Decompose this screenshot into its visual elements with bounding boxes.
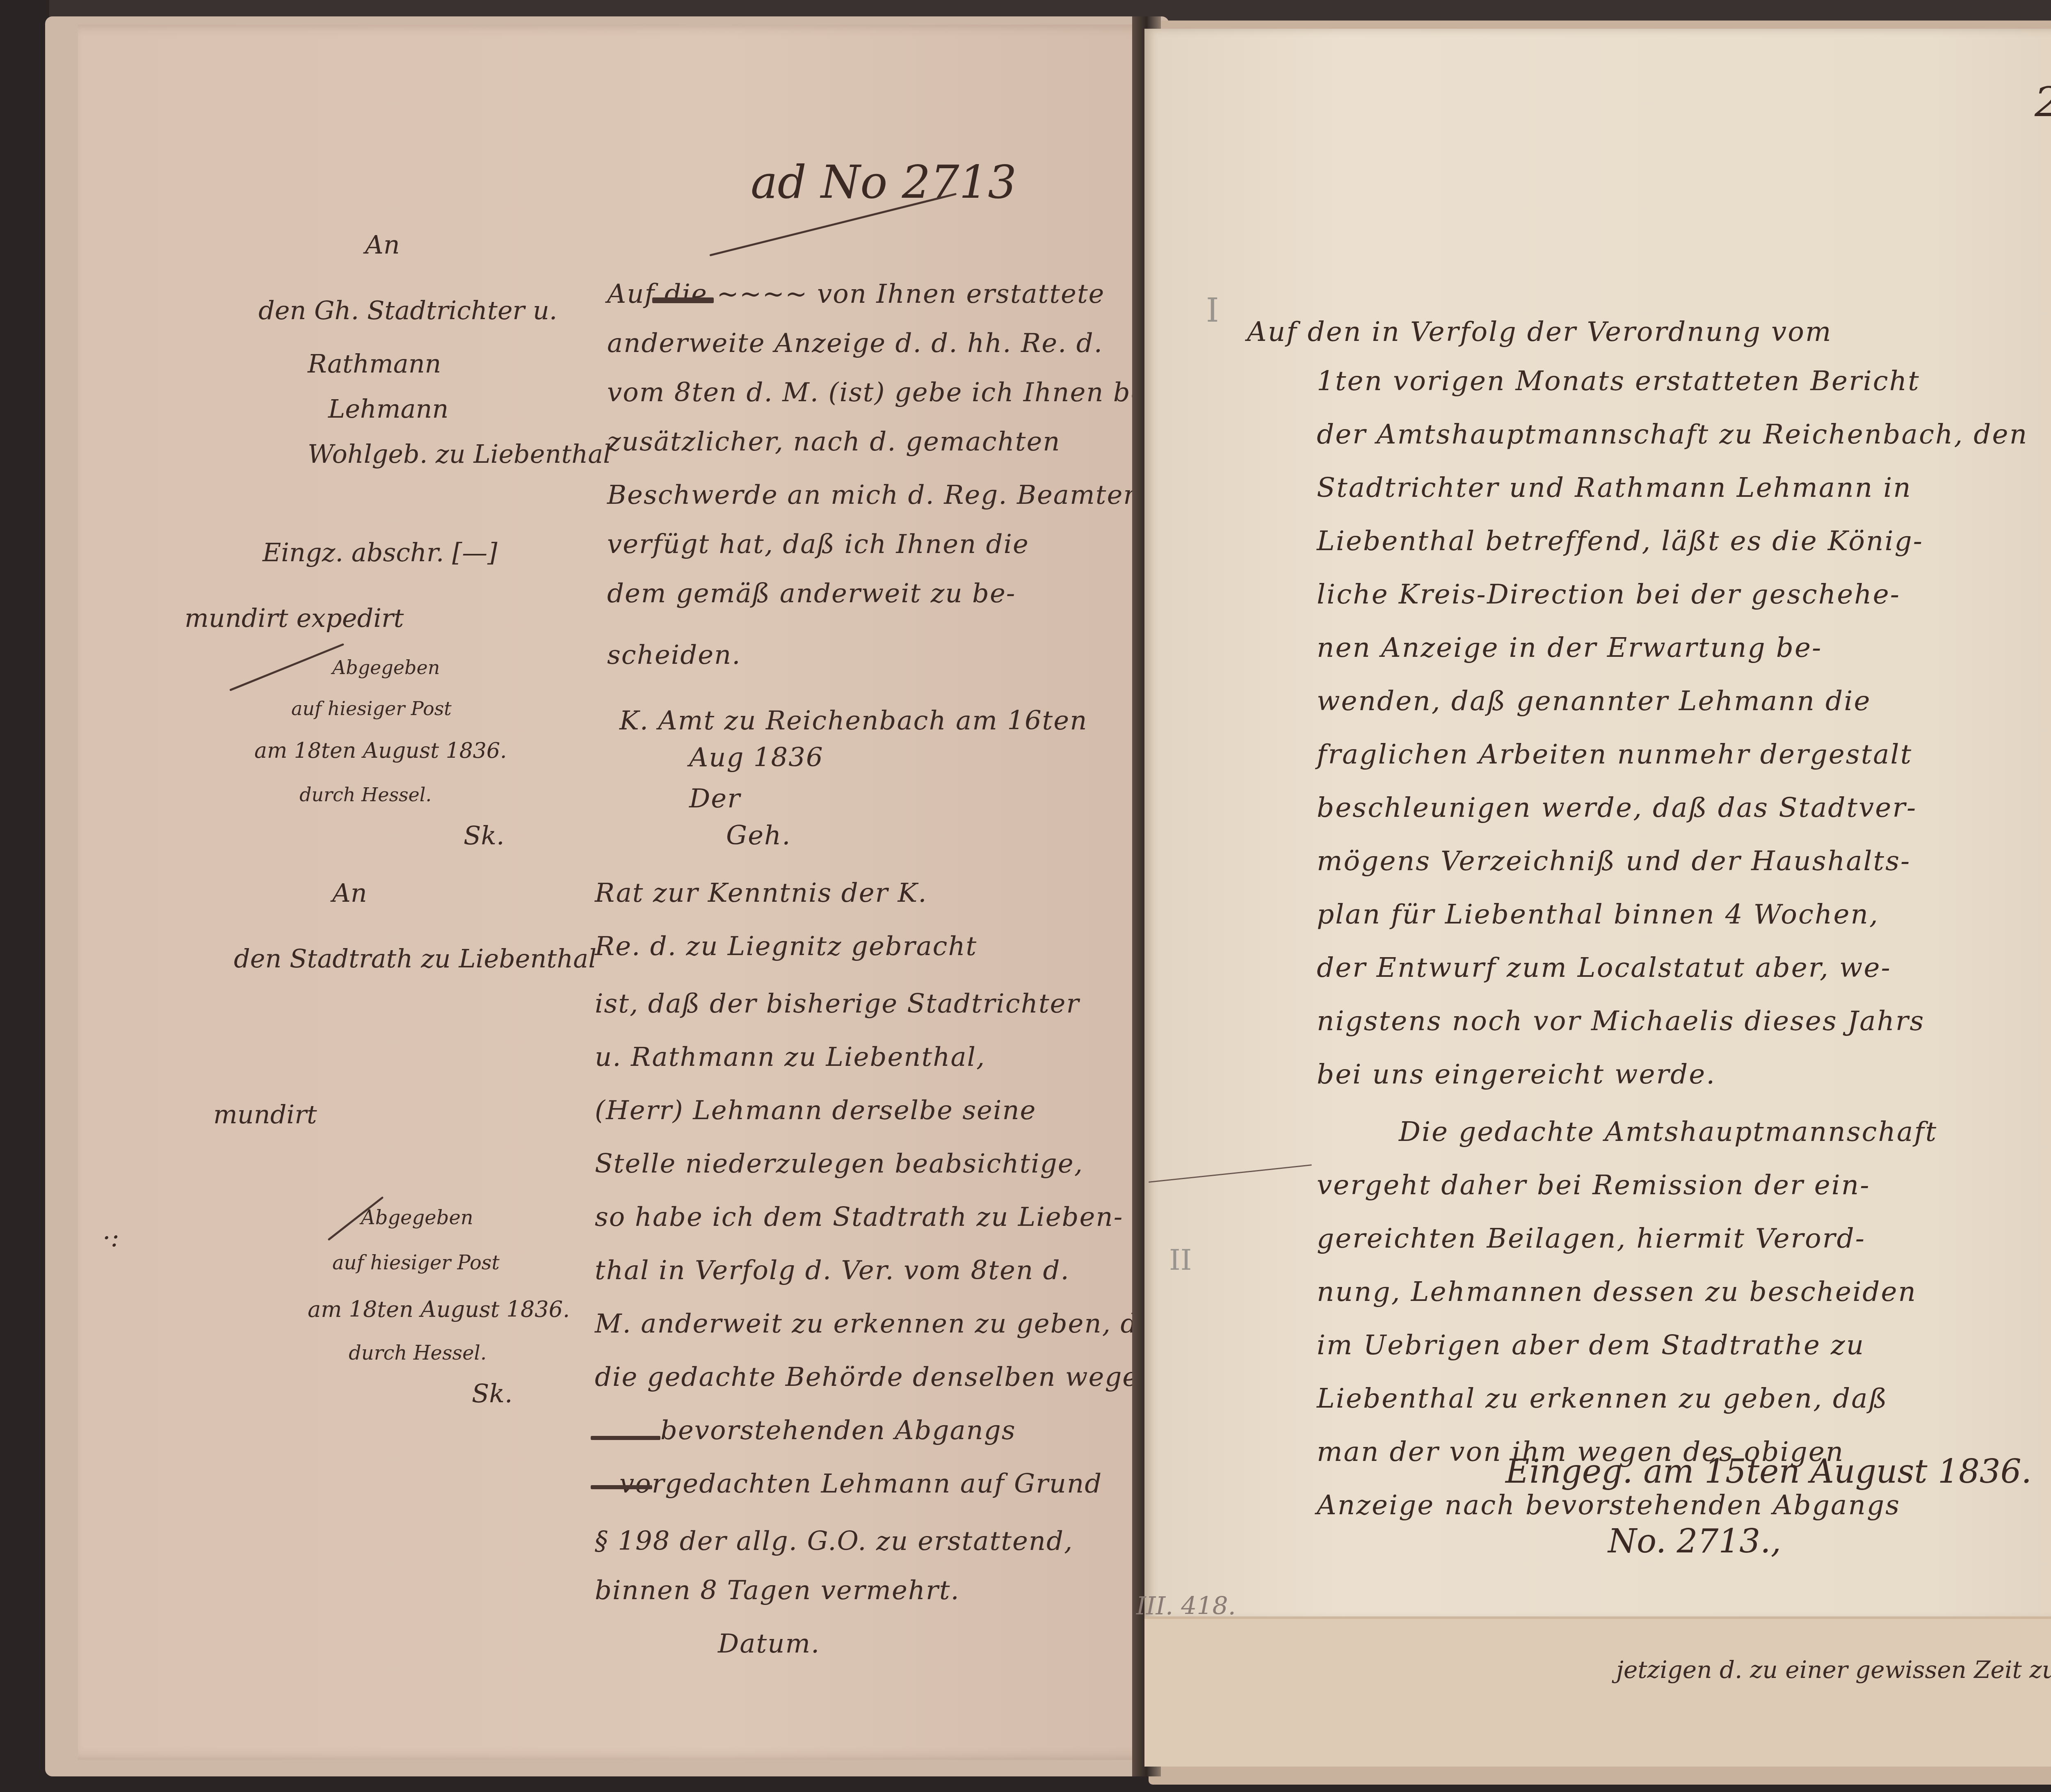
body-line: liche Kreis-Direction bei der geschehe- <box>1317 578 1900 610</box>
strikethrough <box>591 1485 652 1489</box>
body-line: thal in Verfolg d. Ver. vom 8ten d. <box>595 1255 1070 1286</box>
body-line: der Entwurf zum Localstatut aber, we- <box>1317 952 1891 983</box>
dispatch-line: Abgegeben <box>361 1206 473 1229</box>
dispatch-line: durch Hessel. <box>349 1342 486 1365</box>
dispatch-line: auf hiesiger Post <box>332 1251 500 1274</box>
body-line: mögens Verzeichniß und der Haushalts- <box>1317 845 1911 877</box>
body-line: ist, daß der bisherige Stadtrichter <box>595 989 1080 1019</box>
body-line: Datum. <box>718 1629 820 1659</box>
body-line: bei uns eingereicht werde. <box>1317 1058 1716 1090</box>
body-line: fraglichen Arbeiten nunmehr dergestalt <box>1317 738 1912 770</box>
dispatch-line: am 18ten August 1836. <box>308 1296 570 1322</box>
received-note: Eingeg. am 15ten August 1836. <box>1505 1452 2032 1490</box>
body-line: vom 8ten d. M. (ist) gebe ich Ihnen bei <box>607 377 1156 408</box>
body-line: K. Amt zu Reichenbach am 16ten <box>619 706 1087 736</box>
body-line: 1ten vorigen Monats erstatteten Bericht <box>1317 365 1920 397</box>
header-reference: ad No 2713 <box>751 156 1016 208</box>
body-line: Auf die ~~~~ von Ihnen erstattete <box>607 279 1105 309</box>
initials: Sk. <box>464 821 505 850</box>
body-line: scheiden. <box>607 640 741 670</box>
body-line: u. Rathmann zu Liebenthal, <box>595 1042 985 1072</box>
body-line: zusätzlicher, nach d. gemachten <box>607 427 1061 457</box>
body-line: nung, Lehmannen dessen zu bescheiden <box>1317 1276 1917 1307</box>
body-line: wenden, daß genannter Lehmann die <box>1317 685 1871 717</box>
body-line: nigstens noch vor Michaelis dieses Jahrs <box>1317 1005 1925 1037</box>
body-line: dem gemäß anderweit zu be- <box>607 578 1016 609</box>
address-line: den Gh. Stadtrichter u. <box>258 295 557 325</box>
pointer-line <box>1149 1164 1312 1183</box>
body-line: § 198 der allg. G.O. zu erstattend, <box>595 1526 1073 1557</box>
body-line: Rat zur Kenntnis der K. <box>595 878 927 908</box>
body-line: vorgedachten Lehmann auf Grund <box>619 1469 1102 1499</box>
body-line: gereichten Beilagen, hiermit Verord- <box>1317 1223 1866 1254</box>
expedit-note: mundirt <box>213 1099 317 1129</box>
body-line: binnen 8 Tagen vermehrt. <box>595 1575 960 1606</box>
body-line: (Herr) Lehmann derselbe seine <box>595 1095 1036 1126</box>
body-line: Stadtrichter und Rathmann Lehmann in <box>1317 472 1912 503</box>
strikethrough <box>591 1436 660 1440</box>
body-line: plan für Liebenthal binnen 4 Wochen, <box>1317 898 1879 930</box>
copy-note-2: mundirt expedirt <box>185 603 404 633</box>
second-address-line: An <box>332 878 367 908</box>
dispatch-line: am 18ten August 1836. <box>254 738 507 763</box>
dispatch-line: auf hiesiger Post <box>291 697 452 720</box>
body-line: anderweite Anzeige d. d. hh. Re. d. <box>607 328 1103 359</box>
body-line: Geh. <box>726 821 791 851</box>
body-line: verfügt hat, daß ich Ihnen die <box>607 529 1029 560</box>
dispatch-line: durch Hessel. <box>299 784 432 806</box>
address-line: An <box>365 230 400 260</box>
body-line: Auf den in Verfolg der Verordnung vom <box>1247 316 1832 347</box>
body-line: vergeht daher bei Remission der ein- <box>1317 1169 1871 1201</box>
right-page: 25. I II Auf den in Verfolg der Verordnu… <box>1144 29 2051 1621</box>
margin-mark-I: I <box>1206 291 1219 329</box>
body-line: Liebenthal betreffend, läßt es die König… <box>1317 525 1923 557</box>
body-line: nen Anzeige in der Erwartung be- <box>1317 632 1822 663</box>
second-address-line: den Stadtrath zu Liebenthal <box>234 944 596 974</box>
registry-number: No. 2713., <box>1608 1522 1781 1560</box>
address-line: Wohlgeb. zu Liebenthal <box>308 439 611 469</box>
margin-mark: ·: <box>103 1223 119 1253</box>
dispatch-line: Abgegeben <box>332 656 440 679</box>
body-line: beschleunigen werde, daß das Stadtver- <box>1317 792 1917 823</box>
body-line: Beschwerde an mich d. Reg. Beamten <box>607 480 1141 510</box>
body-line: bevorstehenden Abgangs <box>660 1415 1016 1446</box>
underlying-page: jetzigen d. zu einer gewissen Zeit zu er… <box>1144 1616 2051 1767</box>
copy-note: Eingz. abschr. [—] <box>263 537 498 567</box>
strikethrough <box>652 297 714 303</box>
body-line: Aug 1836 <box>689 743 824 773</box>
body-line: Stelle niederzulegen beabsichtige, <box>595 1149 1083 1179</box>
body-line: Anzeige nach bevorstehenden Abgangs <box>1317 1489 1900 1521</box>
body-line: die gedachte Behörde denselben wegen der <box>595 1362 1213 1392</box>
body-line: der Amtshauptmannschaft zu Reichenbach, … <box>1317 418 2028 450</box>
body-line: Die gedachte Amtshauptmannschaft <box>1399 1116 1937 1147</box>
initials: Sk. <box>472 1378 513 1408</box>
body-line: im Uebrigen aber dem Stadtrathe zu <box>1317 1329 1865 1361</box>
page-number: 25. <box>2035 78 2051 126</box>
left-page: ad No 2713 An den Gh. Stadtrichter u. Ra… <box>78 25 1153 1760</box>
body-line: Liebenthal zu erkennen zu geben, daß <box>1317 1383 1888 1414</box>
body-line: M. anderweit zu erkennen zu geben, daß <box>595 1309 1173 1339</box>
margin-mark-II: II <box>1169 1243 1192 1277</box>
body-line: Re. d. zu Liegnitz gebracht <box>595 931 977 962</box>
bottom-note: jetzigen d. zu einer gewissen Zeit zu er… <box>1616 1656 2051 1684</box>
body-line: Der <box>689 784 741 814</box>
body-line: so habe ich dem Stadtrath zu Lieben- <box>595 1202 1123 1232</box>
address-line: Lehmann <box>328 394 448 424</box>
slash-mark <box>229 643 344 691</box>
address-line: Rathmann <box>308 349 441 379</box>
